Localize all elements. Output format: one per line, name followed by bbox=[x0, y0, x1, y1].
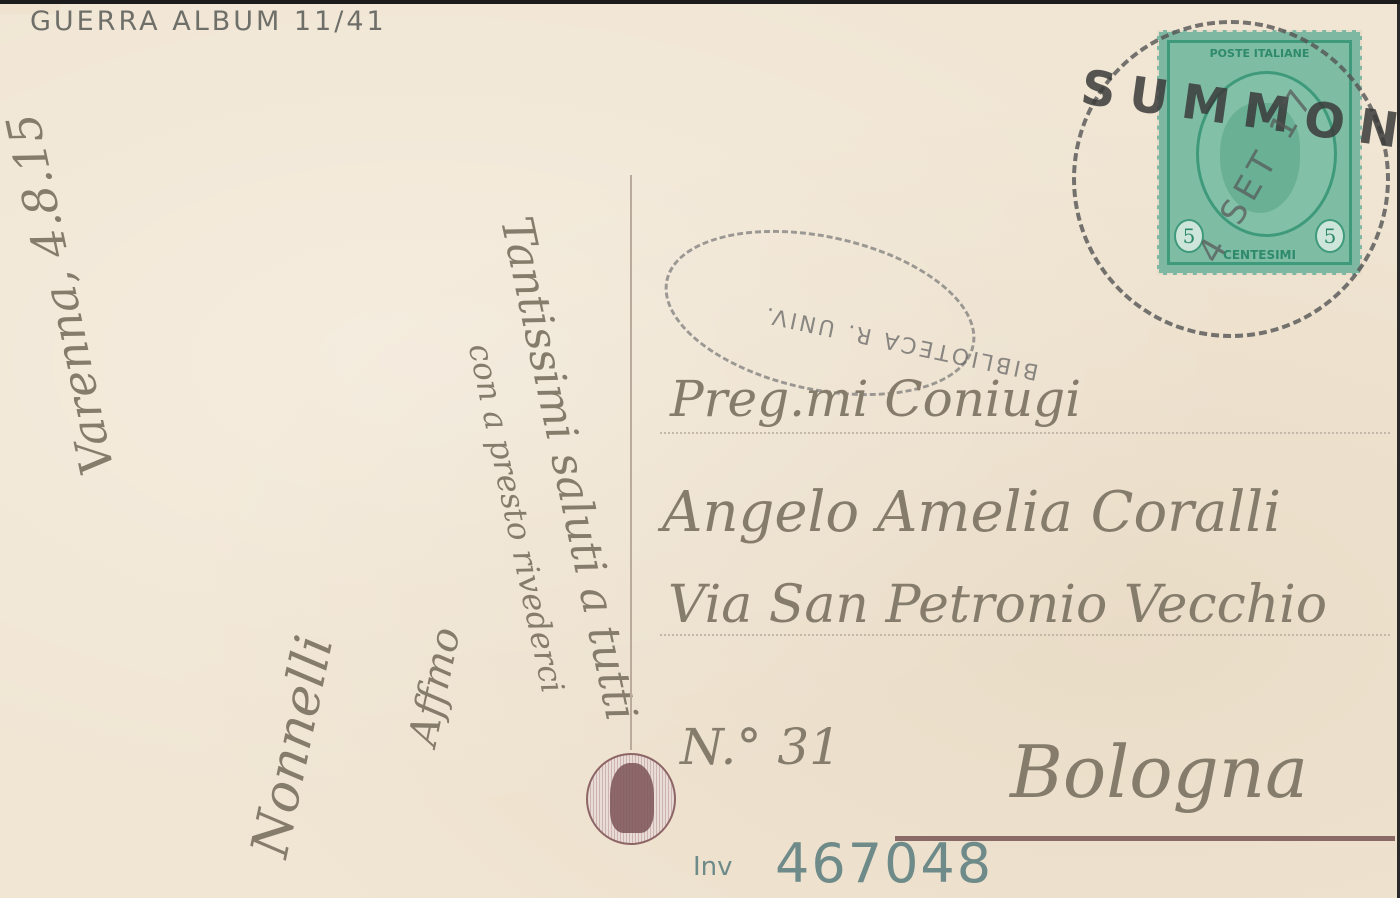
center-divider bbox=[630, 175, 632, 750]
address-city: Bologna bbox=[1010, 730, 1308, 814]
address-line-1 bbox=[660, 432, 1390, 434]
address-street: Via San Petronio Vecchio bbox=[668, 575, 1327, 635]
eagle-emblem-icon bbox=[586, 753, 676, 845]
address-recipient: Angelo Amelia Coralli bbox=[662, 480, 1281, 545]
inventory-prefix: Inv bbox=[693, 852, 733, 882]
archive-label: GUERRA ALBUM 11/41 bbox=[30, 6, 387, 37]
inventory-number: 467048 bbox=[775, 832, 993, 895]
address-house-number: N.° 31 bbox=[680, 718, 841, 776]
eagle-icon bbox=[610, 763, 654, 833]
address-salutation: Preg.mi Coniugi bbox=[670, 370, 1081, 428]
